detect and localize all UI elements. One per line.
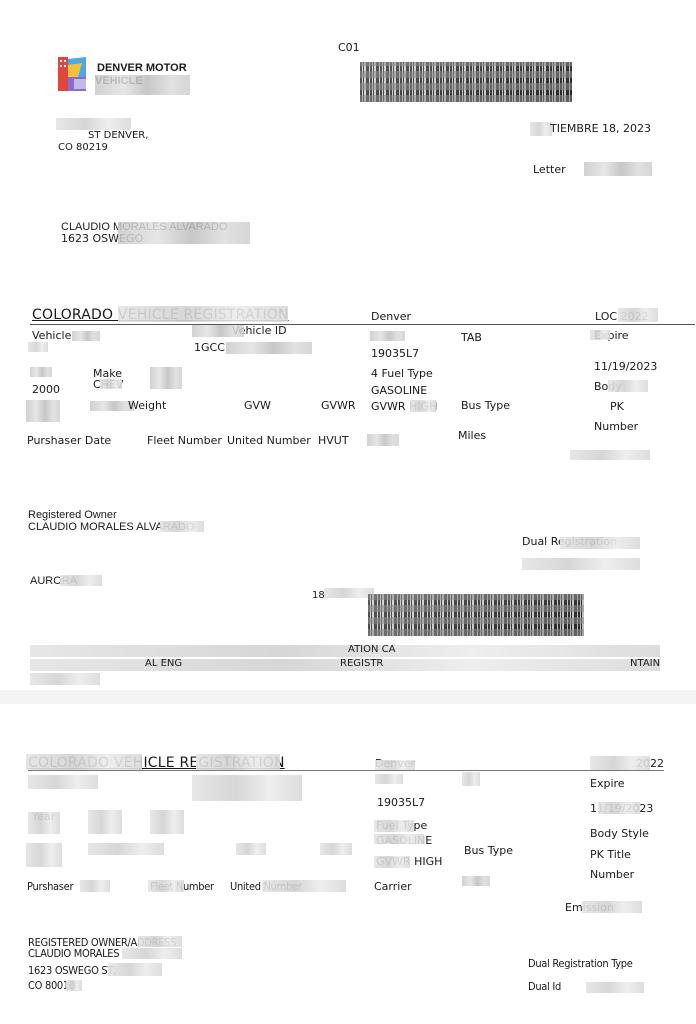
redacted-field <box>560 537 640 549</box>
agency-name-line1: DENVER MOTOR <box>97 62 187 75</box>
label-hvut: HVUT <box>318 435 349 448</box>
redacted-field <box>100 379 122 389</box>
redacted-field <box>570 450 650 460</box>
redacted-field <box>30 367 52 377</box>
redacted-field <box>150 810 184 834</box>
agency-address-line2: CO 80219 <box>58 142 108 154</box>
label-tab: TAB <box>461 332 482 345</box>
label-weight: Weight <box>128 400 166 413</box>
perforation-separator <box>0 690 696 704</box>
redacted-field <box>60 575 102 586</box>
redacted-field <box>192 775 302 801</box>
redacted-field <box>374 834 424 844</box>
notice-fragment-2: AL ENG <box>145 658 182 670</box>
redacted-field <box>108 963 162 976</box>
value-fuel: GASOLINE <box>371 385 427 398</box>
redacted-field <box>150 367 182 389</box>
label-purchaser-date: Purshaser Date <box>27 435 111 448</box>
redacted-field <box>26 400 60 422</box>
dmv-logo-icon <box>58 55 90 93</box>
barcode-2 <box>368 594 584 636</box>
notice-fragment-4: NTAIN <box>630 658 660 670</box>
redacted-field <box>370 331 405 341</box>
redacted-field <box>375 774 403 784</box>
value-year: 2000 <box>32 384 60 397</box>
redacted-field <box>28 812 60 834</box>
owner-label: Registered Owner <box>28 509 117 522</box>
redacted-field <box>410 400 436 412</box>
redacted-field <box>138 936 182 947</box>
redacted-date <box>530 122 552 136</box>
redacted-field <box>26 843 62 867</box>
redacted-field <box>320 843 352 855</box>
card2-label-number: Number <box>590 869 634 882</box>
redacted-field <box>192 325 244 337</box>
redacted-field <box>160 521 204 532</box>
notice-fragment-1: ATION CA <box>348 644 395 656</box>
label-fuel-type: 4 Fuel Type <box>371 368 433 381</box>
dual-registration-type-label: Dual Registration Type <box>528 958 633 971</box>
redacted-field <box>324 588 374 598</box>
redacted-field <box>375 760 415 770</box>
agency-address-line1: ST DENVER, <box>88 130 148 142</box>
document-code: C01 <box>338 42 360 55</box>
label-gvw: GVW <box>244 400 271 413</box>
redacted-title <box>26 754 142 770</box>
redacted-agency <box>95 75 190 95</box>
redacted-letter-number <box>584 162 652 176</box>
letter-date: TIEMBRE 18, 2023 <box>550 123 651 136</box>
redacted-control <box>618 308 658 322</box>
redacted-vin <box>226 342 312 354</box>
redacted-field <box>80 880 110 892</box>
notice-fragment-3: REGISTR <box>340 658 383 670</box>
card2-owner-name: CLAUDIO MORALES <box>28 948 119 961</box>
label-number: Number <box>594 421 638 434</box>
redacted-field <box>598 802 640 814</box>
redacted-field <box>462 772 480 786</box>
label-miles: Miles <box>458 430 486 443</box>
redacted-field <box>148 880 184 892</box>
dual-id-label: Dual Id <box>528 981 561 994</box>
redacted-field <box>522 558 640 570</box>
value-plate: 19035L7 <box>371 348 419 361</box>
card2-label-pk-title: PK Title <box>590 849 631 862</box>
redacted-field <box>66 980 82 991</box>
redacted-field <box>28 342 48 352</box>
label-bus-type: Bus Type <box>461 400 510 413</box>
card2-label-carrier: Carrier <box>374 881 412 894</box>
barcode <box>360 62 572 102</box>
label-fleet-number: Fleet Number <box>147 435 222 448</box>
redacted-field <box>236 843 266 855</box>
card1-divider <box>30 324 695 325</box>
label-united-number: United Number <box>227 435 311 448</box>
redacted-field <box>72 331 100 341</box>
redacted-notice <box>30 645 660 657</box>
label-gvwr: GVWR <box>321 400 356 413</box>
card2-label-body-style: Body Style <box>590 828 649 841</box>
card2-owner-street: 1623 OSWEGO ST, <box>28 965 116 978</box>
redacted-dual-id <box>586 982 644 993</box>
card2-value-plate: 19035L7 <box>377 797 425 810</box>
redacted-notice <box>30 673 100 685</box>
label-pk: PK <box>610 401 624 414</box>
redacted-field <box>28 775 98 789</box>
redacted-field <box>88 843 164 855</box>
redacted-title <box>196 754 280 770</box>
value-expire: 11/19/2023 <box>594 361 657 374</box>
value-vin: 1GCC <box>194 342 225 355</box>
redacted-field <box>88 810 122 834</box>
redacted-field <box>122 948 182 959</box>
card2-label-bus-type: Bus Type <box>464 845 513 858</box>
card2-label-expire: Expire <box>590 778 625 791</box>
redacted-field <box>462 876 490 886</box>
redacted-field <box>590 756 650 770</box>
redacted-field <box>590 330 610 340</box>
redacted-carrier <box>367 434 399 446</box>
redacted-field <box>262 880 346 892</box>
stamp-number: 18 <box>312 590 325 602</box>
redacted-title <box>118 306 288 322</box>
card2-divider <box>28 770 664 771</box>
redacted-field <box>374 820 414 832</box>
redacted-recipient <box>118 222 250 244</box>
redacted-field <box>608 380 648 392</box>
card1-county: Denver <box>371 311 411 324</box>
redacted-field <box>374 856 410 868</box>
label-vehicle: Vehicle <box>32 330 71 343</box>
redacted-address <box>56 118 131 130</box>
card2-label-purchaser: Purshaser <box>27 881 73 894</box>
letter-label: Letter <box>533 164 566 177</box>
redacted-field <box>582 901 642 913</box>
